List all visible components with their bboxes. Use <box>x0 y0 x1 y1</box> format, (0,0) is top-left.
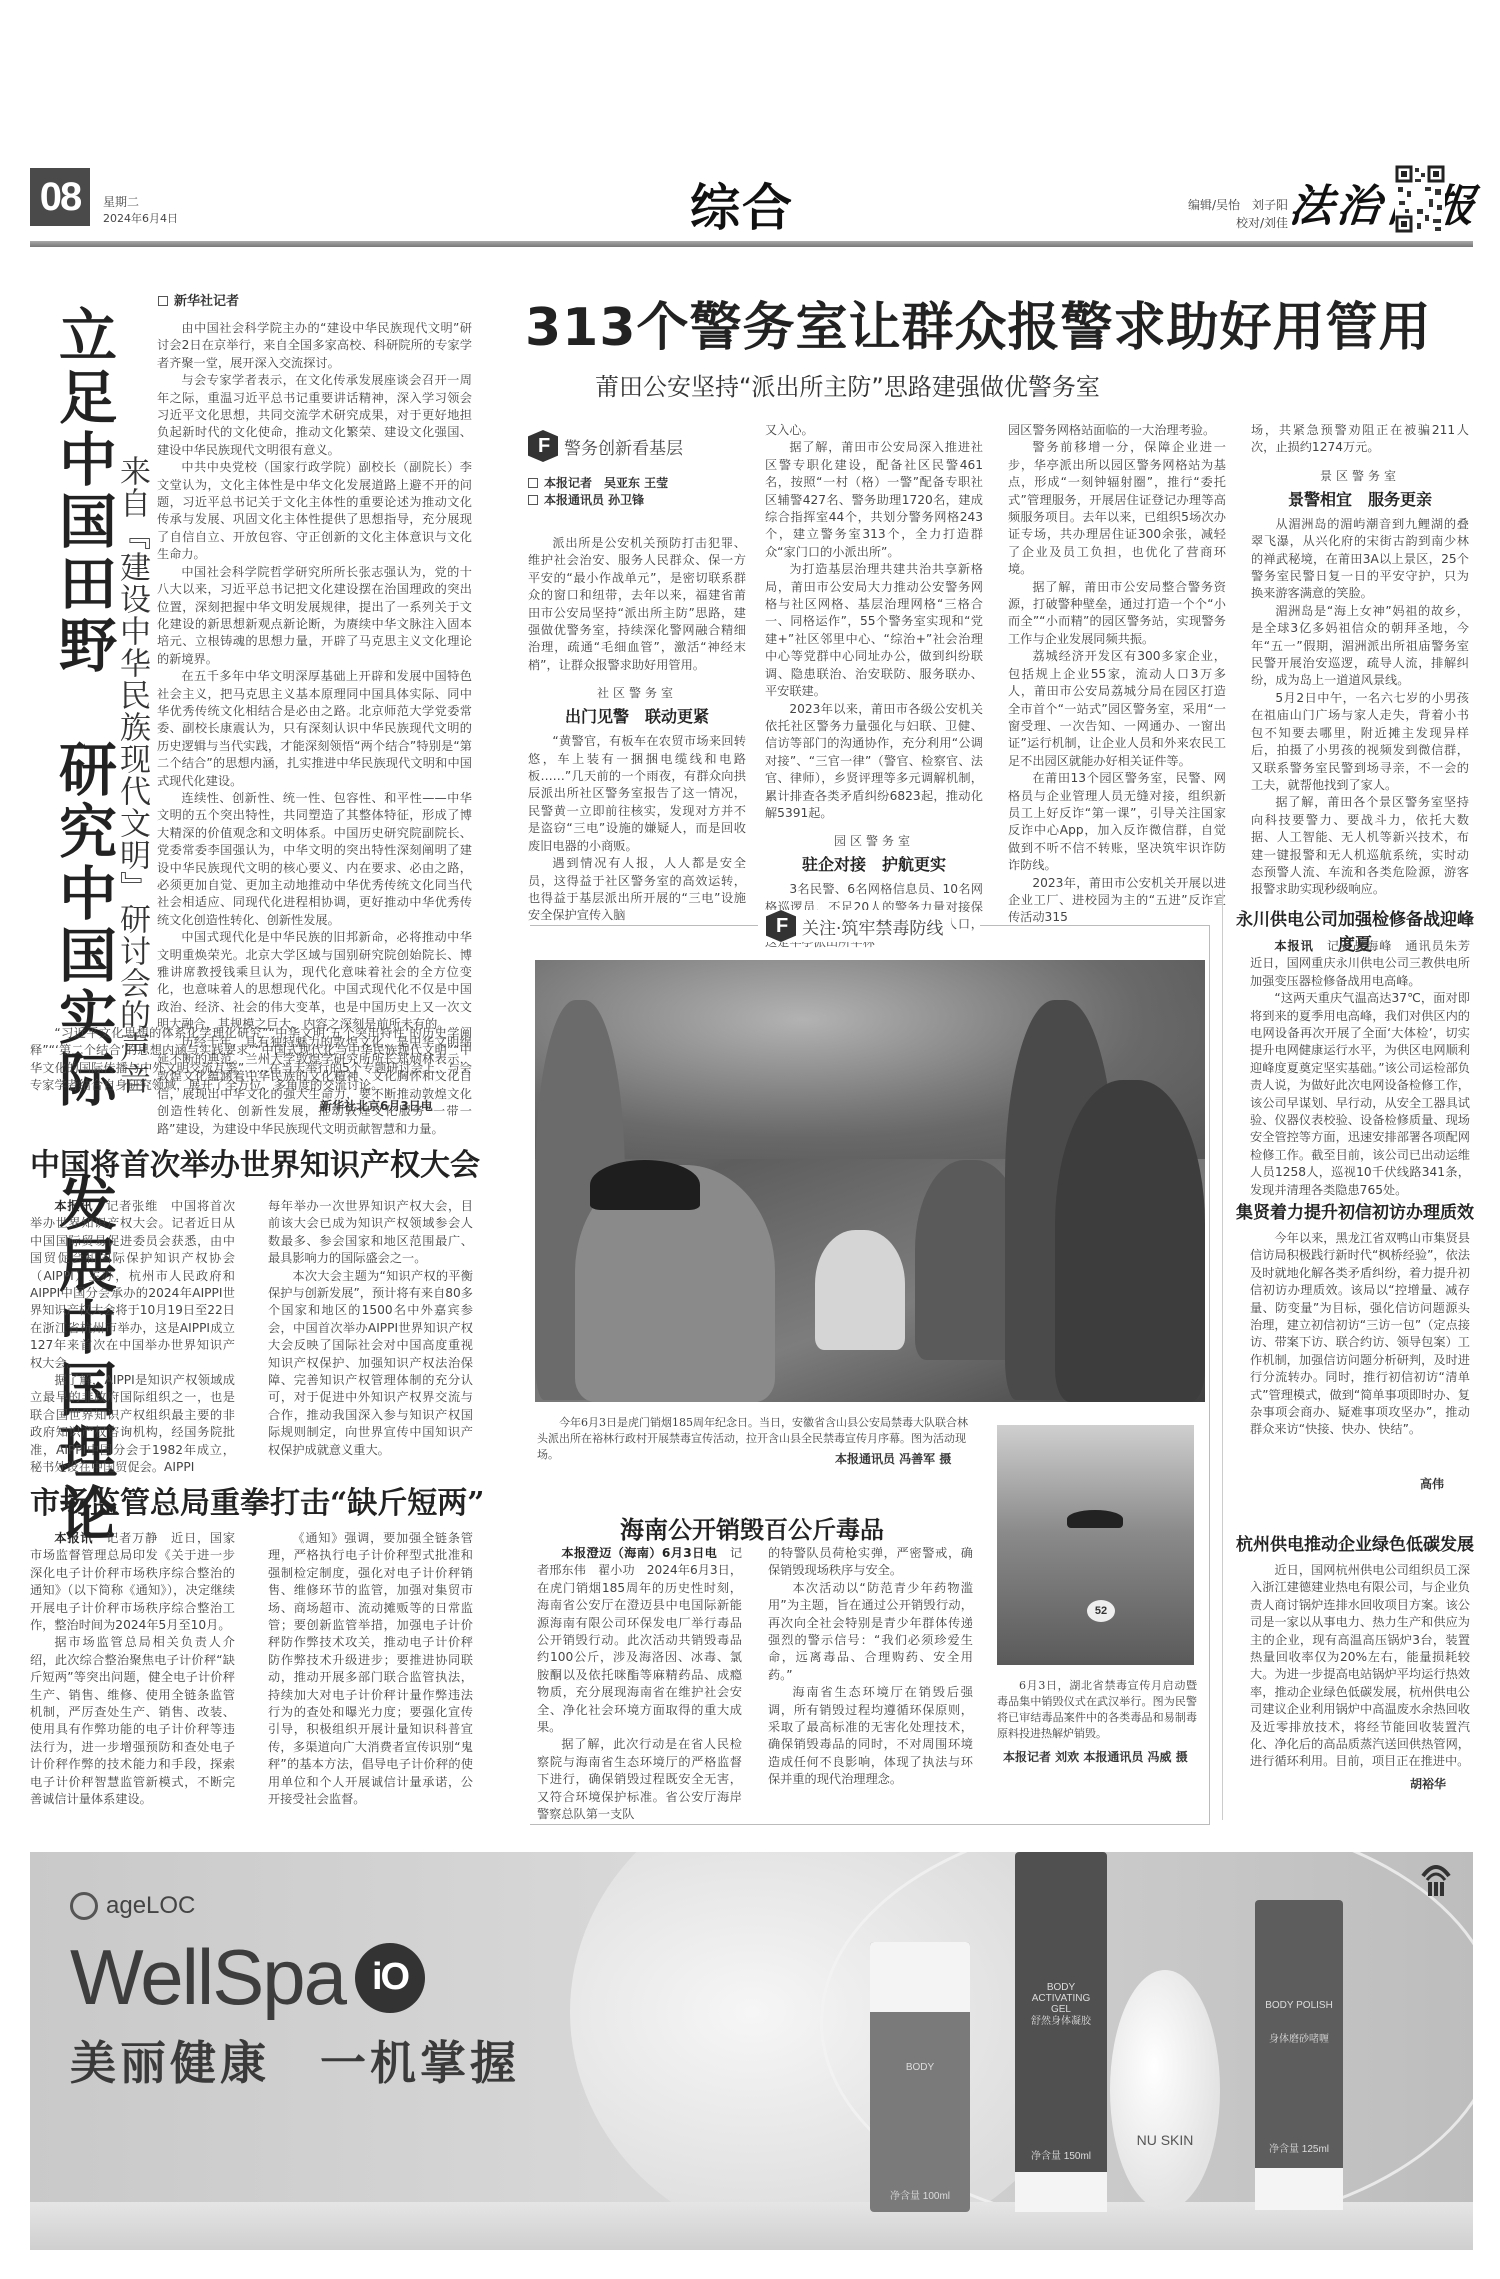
issue-weekday: 星期二 <box>103 193 139 210</box>
divider <box>1222 890 1223 1820</box>
brief-body: 近日，国网杭州供电公司组织员工深入浙江建德建业热电有限公司，与企业负责人商讨锅炉… <box>1250 1562 1470 1771</box>
ad-product-name: WellSpa iO <box>70 1932 425 2023</box>
article-hainan-col1: 本报澄迈（海南）6月3日电 记者邢东伟 翟小功 2024年6月3日，在虎门销烟1… <box>537 1545 742 1824</box>
paragraph: 《通知》强调，要加强全链条管理，严格执行电子计价秤型式批准和强制检定制度，强化对… <box>268 1530 473 1809</box>
subsection-title: 出门见警 联动更紧 <box>528 704 746 727</box>
column-tag-police: 警务创新看基层 <box>528 430 683 462</box>
paragraph: 据市场监管总局相关负责人介绍，此次综合整治聚焦电子计价秤“缺斤短两”等突出问题，… <box>30 1634 235 1808</box>
paragraph: 据了解，此次行动是在省人民检察院与海南省生态环境厅的严格监督下进行，确保销毁过程… <box>537 1736 742 1823</box>
brief-headline: 集贤着力提升初信初访办理质效 <box>1232 1198 1478 1223</box>
nuskin-device: NU SKIN <box>1110 1970 1220 2210</box>
byline-box-icon <box>528 495 538 505</box>
paragraph: 2024年6月3日，在虎门销烟185周年的历史性时刻，海南省公安厅在澄迈县中电国… <box>537 1563 742 1734</box>
photo-container-badge: 52 <box>1087 1600 1115 1622</box>
tube-cn-label: 舒然身体凝胶 <box>1021 2012 1101 2027</box>
subsection-title: 景警相宜 服务更亲 <box>1251 487 1469 510</box>
paragraph: 2023年，莆田市公安机关开展以进企业工厂、进校园为主的“五进”反诈宣传活动31… <box>1008 875 1226 927</box>
paragraph: 据了解，莆田市公安局深入推进社区警专职化建设，配备社区民警461名，按照“一村（… <box>765 439 983 561</box>
paragraph: 在五千多年中华文明深厚基础上开辟和发展中国特色社会主义，把马克思主义基本原理同中… <box>157 668 472 790</box>
lead-label: 本报讯 <box>54 1199 93 1213</box>
byline-box-icon <box>528 478 538 488</box>
brief-body: 本报讯 记者战海峰 通讯员朱芳 近日，国网重庆永川供电公司三教供电所加强变压器检… <box>1250 938 1470 1199</box>
section-title: 综合 <box>690 168 794 240</box>
tube-cn-label: 身体磨砂啫喱 <box>1261 2030 1337 2045</box>
subsection-kicker: 园区警务室 <box>765 832 983 849</box>
paragraph: 荔城经济开发区有300多家企业，包括规上企业55家，流动人口3万多人，莆田市公安… <box>1008 648 1226 770</box>
article-police-col3: 园区警务网格站面临的一大治理考验。 警务前移增一分，保障企业进一步，华亭派出所以… <box>1008 422 1226 927</box>
article-scales-col2: 《通知》强调，要加强全链条管理，严格执行电子计价秤型式批准和强制检定制度，强化对… <box>268 1530 473 1809</box>
column-f-icon <box>766 910 796 942</box>
paragraph: 连续性、创新性、统一性、包容性、和平性——中华文明的五个突出特性，共同塑造了其整… <box>157 790 472 929</box>
paragraph: 近日，国家市场监督管理总局印发《关于进一步深化电子计价秤市场秩序综合整治的通知》… <box>30 1531 235 1632</box>
subsection-kicker: 景区警务室 <box>1251 467 1469 484</box>
paragraph: 派出所是公安机关预防打击犯罪、维护社会治安、服务人民群众、保一方平安的“最小作战… <box>528 535 746 674</box>
ad-brand-label: ageLOC <box>106 1892 195 1920</box>
paragraph: 中国社会科学院哲学研究所所长张志强认为，党的十八大以来，习近平总书记把文化建设摆… <box>157 564 472 668</box>
article-police-subheadline: 莆田公安坚持“派出所主防”思路建强做优警务室 <box>595 367 1415 402</box>
paragraph: 警务前移增一分，保障企业进一步，华亭派出所以园区警务网格站为基点，形成“一刻钟辐… <box>1008 439 1226 578</box>
editor-credits: 编辑/吴怡 刘子阳 校对/刘佳 <box>1118 196 1288 232</box>
brief-author: 高伟 <box>1420 1475 1444 1492</box>
editors-line: 编辑/吴怡 刘子阳 <box>1118 196 1288 214</box>
article-culture-body: 由中国社会科学院主办的“建设中华民族现代文明”研讨会2日在京举行，来自全国多家高… <box>157 320 472 1138</box>
paragraph: 与会专家学者表示，在文化传承发展座谈会召开一周年之际，重温习近平总书记重要讲话精… <box>157 372 472 459</box>
paragraph: “这两天重庆气温高达37℃，面对即将到来的夏季用电高峰，我们对供区内的电网设备再… <box>1250 990 1470 1199</box>
paragraph: 近日，国网杭州供电公司组织员工深入浙江建德建业热电有限公司，与企业负责人商讨锅炉… <box>1250 1562 1470 1771</box>
paragraph: 中国式现代化是中华民族的旧邦新命，必将推动中华文明重焕荣光。北京大学区域与国别研… <box>157 929 472 1033</box>
byline-box-icon <box>158 296 168 306</box>
brief-headline: 杭州供电推动企业绿色低碳发展 <box>1232 1530 1478 1555</box>
advertisement-banner[interactable]: ageLOC WellSpa iO 美丽健康 一机掌握 BODY 净含量 100… <box>30 1852 1473 2250</box>
reporter-line: 本报记者 吴亚东 王莹 <box>544 476 668 490</box>
paragraph: 本次活动以“防范青少年药物滥用”为主题，旨在通过公开销毁行动，再次向全社会特别是… <box>768 1580 973 1684</box>
ad-product-label: WellSpa <box>70 1932 345 2023</box>
paragraph: 今年以来，黑龙江省双鸭山市集贤县信访局积极践行新时代“枫桥经验”，依法及时就地化… <box>1250 1230 1470 1439</box>
brief-author: 胡裕华 <box>1410 1775 1446 1792</box>
proofreader-line: 校对/刘佳 <box>1118 214 1288 232</box>
reporter: 记者战海峰 通讯员朱芳 <box>1327 939 1470 953</box>
brief-body: 今年以来，黑龙江省双鸭山市集贤县信访局积极践行新时代“枫桥经验”，依法及时就地化… <box>1250 1230 1470 1439</box>
paragraph: 又入心。 <box>765 422 983 439</box>
paragraph: 的特警队员荷枪实弹，严密警戒，确保销毁现场秩序与安全。 <box>768 1545 973 1580</box>
paragraph: 遇到情况有人报，人人都是安全员，这得益于社区警务室的高效运转，也得益于基层派出所… <box>528 855 746 925</box>
tube-cap <box>870 1942 970 2012</box>
divider <box>530 925 760 926</box>
photo-elderly-woman <box>1055 1080 1205 1402</box>
lead-label: 本报讯 <box>54 1531 93 1545</box>
nuskin-logo-icon <box>1419 1858 1453 1898</box>
paragraph: 由中国社会科学院主办的“建设中华民族现代文明”研讨会2日在京举行，来自全国多家高… <box>157 320 472 372</box>
paragraph: 从湄洲岛的湄屿潮音到九鲤湖的叠翠飞瀑，从兴化府的宋街古韵到南少林的禅武秘境，在莆… <box>1251 516 1469 603</box>
article-police-reporters: 本报记者 吴亚东 王莹 本报通讯员 孙卫锋 <box>528 475 668 509</box>
paragraph: 据了解，莆田各个景区警务室坚持向科技要警力、要战斗力，依托大数据、人工智能、无人… <box>1251 794 1469 898</box>
paragraph: 为打造基层治理共建共治共享新格局，莆田市公安局大力推动公安警务网格与社区网格、基… <box>765 561 983 700</box>
qr-code-icon[interactable] <box>1395 165 1445 233</box>
subsection-title: 驻企对接 护航更实 <box>765 852 983 875</box>
product-tube-body: BODY 净含量 100ml <box>870 1942 970 2212</box>
reporter: 记者万静 <box>106 1531 158 1545</box>
ad-slogan: 美丽健康 一机掌握 <box>70 2027 520 2093</box>
article-ip-headline: 中国将首次举办世界知识产权大会 <box>30 1140 480 1184</box>
paragraph: 园区警务网格站面临的一大治理考验。 <box>1008 422 1226 439</box>
article-culture-dateline: 新华社北京6月3日电 <box>320 1097 433 1114</box>
column-f-icon <box>528 430 558 462</box>
column-tag-label: 关注·筑牢禁毒防线 <box>802 914 943 939</box>
newspaper-logo: 法治日报 <box>1287 170 1482 234</box>
tube-label: BODY POLISH <box>1261 2000 1337 2011</box>
photo-police-community <box>535 960 1205 1402</box>
photo-drug-destruction: 52 <box>997 1425 1194 1665</box>
article-scales-col1: 本报讯 记者万静 近日，国家市场监督管理总局印发《关于进一步深化电子计价秤市场秩… <box>30 1530 235 1809</box>
ad-brand: ageLOC <box>70 1892 195 1920</box>
photo-side-credit: 本报记者 刘欢 本报通讯员 冯威 摄 <box>1003 1748 1188 1765</box>
paragraph: 中国将首次举办世界知识产权大会。记者近日从中国国际贸易促进委员会获悉，由中国贸促… <box>30 1199 235 1370</box>
tube-cap <box>1255 2168 1343 2210</box>
paragraph: 每年举办一次世界知识产权大会，目前该大会已成为知识产权领域参会人数最多、参会国家… <box>268 1198 473 1268</box>
tube-label: BODY <box>876 2062 964 2073</box>
tube-volume: 净含量 125ml <box>1261 2140 1337 2155</box>
subsection-industrial-park: 园区警务室 驻企对接 护航更实 <box>765 832 983 875</box>
subsection-community: 社区警务室 出门见警 联动更紧 <box>528 684 746 727</box>
page-number: 08 <box>30 168 90 226</box>
article-hainan-headline: 海南公开销毁百公斤毒品 <box>620 1510 884 1545</box>
byline-text: 新华社记者 <box>174 294 239 309</box>
paragraph: 据了解，莆田市公安局整合警务资源，打破警种壁垒，通过打造一个个“小而全”“小而精… <box>1008 579 1226 649</box>
issue-date: 2024年6月4日 <box>103 210 178 226</box>
subsection-kicker: 社区警务室 <box>528 684 746 701</box>
paragraph: 场，共紧急预警劝阻正在被骗211人次，止损约1274万元。 <box>1251 422 1469 457</box>
paragraph: 中共中央党校（国家行政学院）副校长（副院长）李文堂认为，文化主体性是中华文化发展… <box>157 459 472 563</box>
tube-volume: 净含量 150ml <box>1021 2147 1101 2162</box>
masthead-divider <box>30 241 1473 247</box>
paragraph: 在莆田13个园区警务室，民警、网格员与企业管理人员无缝对接，组织新员工上好反诈“… <box>1008 770 1226 874</box>
tube-volume: 净含量 100ml <box>876 2187 964 2202</box>
paragraph: 湄洲岛是“海上女神”妈祖的故乡，是全球3亿多妈祖信众的朝拜圣地，今年“五一”假期… <box>1251 603 1469 690</box>
ad-product-badge: iO <box>355 1943 425 2013</box>
article-culture-subheadline: 来自『建设中华民族现代文明』研讨会的声音 <box>113 455 149 1095</box>
article-hainan-col2: 的特警队员荷枪实弹，严密警戒，确保销毁现场秩序与安全。 本次活动以“防范青少年药… <box>768 1545 973 1789</box>
article-ip-col2: 每年举办一次世界知识产权大会，目前该大会已成为知识产权领域参会人数最多、参会国家… <box>268 1198 473 1459</box>
photo-main-credit: 本报通讯员 冯善军 摄 <box>835 1450 951 1467</box>
paragraph: 5月2日中午，一名六七岁的小男孩在祖庙山门广场与家人走失，背着小书包不知要去哪里… <box>1251 690 1469 794</box>
product-tube-activating-gel: BODY ACTIVATING GEL 舒然身体凝胶 净含量 150ml <box>1015 1852 1107 2212</box>
photo-child <box>815 1230 905 1350</box>
paragraph: “习近平文化思想的体系化学理化研究”“中华文明‘五个突出特性’的历史学阐释”“‘… <box>30 1025 472 1095</box>
lead-label: 本报讯 <box>1274 939 1313 953</box>
article-police-headline: 313个警务室让群众报警求助好用管用 <box>525 285 1475 360</box>
paragraph: 海南省生态环境厅在销毁后强调，所有销毁过程均遵循环保原则，采取了最高标准的无害化… <box>768 1684 973 1788</box>
paragraph: 本次大会主题为“知识产权的平衡保护与创新发展”，预计将有来自80多个国家和地区的… <box>268 1268 473 1459</box>
article-police-col2: 又入心。 据了解，莆田市公安局深入推进社区警专职化建设，配备社区民警461名，按… <box>765 422 983 951</box>
photo-officer-cap <box>590 1160 700 1210</box>
column-tag-label: 警务创新看基层 <box>564 434 683 459</box>
paragraph: 2023年以来，莆田市各级公安机关依托社区警务力量强化与妇联、卫健、信访等部门的… <box>765 701 983 823</box>
subsection-scenic: 景区警务室 景警相宜 服务更亲 <box>1251 467 1469 510</box>
article-culture-closing: “习近平文化思想的体系化学理化研究”“中华文明‘五个突出特性’的历史学阐释”“‘… <box>30 1025 472 1095</box>
photo-officer-cap <box>1067 1510 1123 1528</box>
divider <box>980 925 1210 926</box>
column-tag-drug: 关注·筑牢禁毒防线 <box>758 910 951 942</box>
ageloc-logo-icon <box>70 1892 98 1920</box>
tube-cap <box>1015 2172 1107 2212</box>
reporter-line: 本报通讯员 孙卫锋 <box>544 493 644 507</box>
product-tube-body-polish: BODY POLISH 身体磨砂啫喱 净含量 125ml <box>1255 1900 1343 2210</box>
article-police-col1: 派出所是公安机关预防打击犯罪、维护社会治安、服务人民群众、保一方平安的“最小作战… <box>528 535 746 925</box>
article-culture-byline: 新华社记者 <box>158 290 239 309</box>
article-scales-headline: 市场监管总局重拳打击“缺斤短两” <box>30 1478 490 1522</box>
photo-side-caption: 6月3日，湖北省禁毒宣传月启动暨毒品集中销毁仪式在武汉举行。图为民警将已审结毒品… <box>997 1678 1197 1742</box>
paragraph: 据了解，AIPPI是知识产权领域成立最早的非政府国际组织之一，也是联合国世界知识… <box>30 1372 235 1476</box>
tube-label: BODY ACTIVATING GEL <box>1021 1982 1101 2015</box>
lead-label: 本报澄迈（海南）6月3日电 <box>561 1546 717 1560</box>
article-police-col4: 场，共紧急预警劝阻正在被骗211人次，止损约1274万元。 景区警务室 景警相宜… <box>1251 422 1469 899</box>
reporter: 记者张维 <box>106 1199 158 1213</box>
article-ip-col1: 本报讯 记者张维 中国将首次举办世界知识产权大会。记者近日从中国国际贸易促进委员… <box>30 1198 235 1477</box>
paragraph: “黄警官，有板车在农贸市场来回转悠，车上装有一捆捆电缆线和电路板……”几天前的一… <box>528 733 746 855</box>
paragraph: 近日，国网重庆永川供电公司三教供电所加强变压器检修备战用电高峰。 <box>1250 956 1470 987</box>
